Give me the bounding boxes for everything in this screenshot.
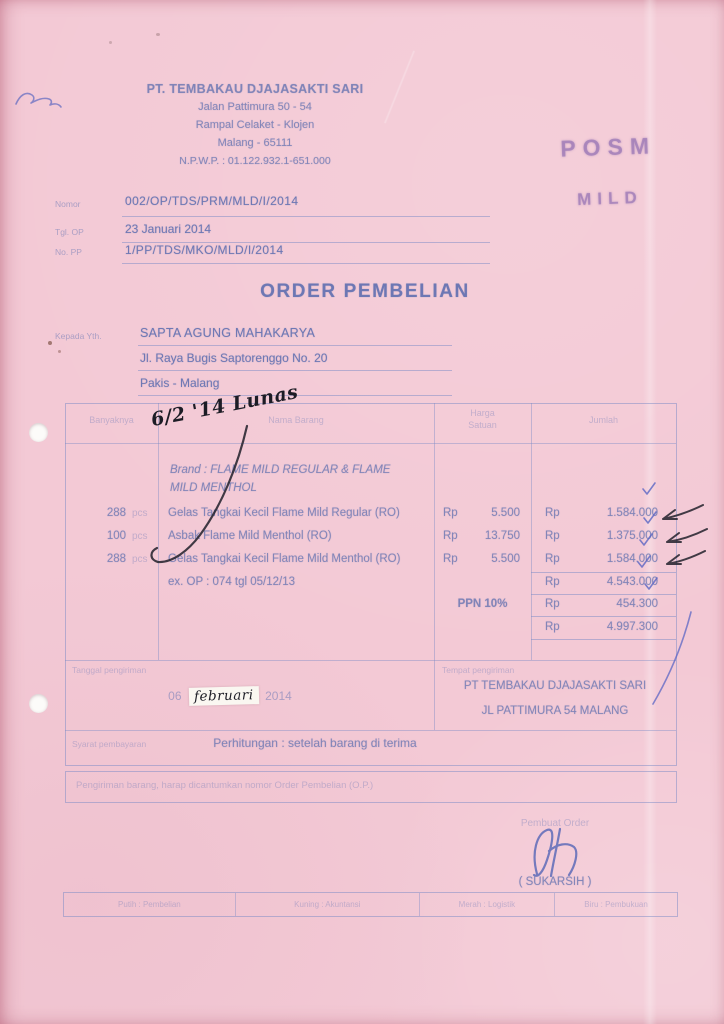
total-col-rule (531, 639, 676, 640)
row-item: Asbak Flame Mild Menthol (RO) (168, 530, 332, 542)
ex-op-note: ex. OP : 074 tgl 05/12/13 (168, 576, 295, 588)
copy-blue: Biru : Pembukuan (555, 893, 677, 916)
col-header-price-2: Satuan (434, 420, 531, 430)
recipient-street: Jl. Raya Bugis Saptorenggo No. 20 (140, 351, 327, 365)
payment-terms-value: Perhitungan : setelah barang di terima (150, 736, 480, 750)
scanned-purchase-order-page: PT. TEMBAKAU DJAJASAKTI SARI Jalan Patti… (0, 0, 724, 1024)
stain-speck (109, 41, 112, 44)
company-street: Jalan Pattimura 50 - 54 (90, 98, 420, 116)
col-header-price-1: Harga (434, 408, 531, 418)
stain-speck (156, 33, 160, 36)
delivery-place-line1: PT TEMBAKAU DJAJASAKTI SARI (434, 680, 676, 692)
recipient-name: SAPTA AGUNG MAHAKARYA (140, 326, 315, 340)
handwritten-month: februari (193, 687, 253, 705)
total-col-rule (531, 594, 676, 595)
company-letterhead: PT. TEMBAKAU DJAJASAKTI SARI Jalan Patti… (90, 80, 420, 170)
recipient-label: Kepada Yth. (55, 331, 102, 341)
ref-label: Nomor (55, 199, 81, 209)
company-npwp: N.P.W.P. : 01.122.932.1-651.000 (90, 152, 420, 170)
signature-stroke (534, 829, 576, 876)
recipient-underline (138, 370, 452, 371)
company-name: PT. TEMBAKAU DJAJASAKTI SARI (90, 80, 420, 98)
ref-value-tgl-op: 23 Januari 2014 (125, 222, 211, 236)
company-district: Rampal Celaket - Klojen (90, 116, 420, 134)
note-box: Pengiriman barang, harap dicantumkan nom… (65, 771, 677, 803)
copy-red: Merah : Logistik (420, 893, 555, 916)
delivery-place-line2: JL PATTIMURA 54 MALANG (434, 705, 676, 717)
row-unit: pcs (132, 508, 148, 519)
payment-terms-label: Syarat pembayaran (72, 739, 146, 749)
ref-underline (122, 216, 490, 217)
total-col-rule (531, 616, 676, 617)
col-header-total: Jumlah (531, 415, 676, 425)
table-terms-rule (65, 730, 676, 731)
row-total: 1.375.000 (555, 530, 658, 542)
table-col-divider-price (531, 403, 532, 660)
col-header-qty: Banyaknya (65, 415, 158, 425)
brand-note-line2: MILD MENTHOL (170, 482, 257, 494)
delivery-place-label: Tempat pengiriman (442, 665, 514, 675)
copy-yellow: Kuning : Akuntansi (236, 893, 420, 916)
row-qty: 288 (68, 553, 126, 565)
row-total: 1.584.000 (555, 507, 658, 519)
row-price: 5.500 (455, 553, 520, 565)
ppn-value: 454.300 (555, 598, 658, 610)
ref-underline (122, 263, 490, 264)
document-title: ORDER PEMBELIAN (200, 281, 530, 303)
copy-distribution-strip: Putih : Pembelian Kuning : Akuntansi Mer… (63, 892, 678, 917)
delivery-date-line: 06 februari 2014 (90, 687, 370, 705)
row-qty: 288 (68, 507, 126, 519)
row-item: Gelas Tangkai Kecil Flame Mild Menthol (… (168, 553, 400, 565)
ppn-label: PPN 10% (434, 598, 531, 610)
row-unit: pcs (132, 531, 148, 542)
row-qty: 100 (68, 530, 126, 542)
stamp-line1: POSM (543, 132, 674, 164)
ref-value-nomor: 002/OP/TDS/PRM/MLD/I/2014 (125, 194, 298, 208)
correction-patch: februari (188, 686, 258, 706)
blue-scribble-mark (16, 93, 61, 107)
stain-speck (58, 350, 61, 353)
stain-speck (48, 341, 52, 345)
delivery-date-day: 06 (168, 689, 181, 703)
grand-total-value: 4.997.300 (555, 621, 658, 633)
row-unit: pcs (132, 554, 148, 565)
row-total: 1.584.000 (555, 553, 658, 565)
ref-value-no-pp: 1/PP/TDS/MKO/MLD/I/2014 (125, 243, 284, 257)
punch-hole-top (29, 423, 48, 442)
table-section-rule (65, 660, 676, 661)
signature-title: Pembuat Order (480, 818, 630, 829)
table-col-divider-qty (158, 403, 159, 660)
ref-label: Tgl. OP (55, 227, 84, 237)
op-number-note: Pengiriman barang, harap dicantumkan nom… (76, 780, 373, 791)
table-header-rule (65, 443, 676, 444)
copy-white: Putih : Pembelian (64, 893, 236, 916)
row-item: Gelas Tangkai Kecil Flame Mild Regular (… (168, 507, 400, 519)
total-col-rule (531, 572, 676, 573)
delivery-date-year: 2014 (265, 689, 292, 703)
ref-label: No. PP (55, 247, 82, 257)
delivery-date-label: Tanggal pengiriman (72, 665, 146, 675)
signature-name: ( SUKARSIH ) (480, 876, 630, 888)
punch-hole-bottom (29, 694, 48, 713)
company-city: Malang - 65111 (90, 134, 420, 152)
posm-mild-stamp: POSM MILD (543, 132, 676, 211)
recipient-underline (138, 345, 452, 346)
recipient-city: Pakis - Malang (140, 376, 219, 390)
subtotal-value: 4.543.000 (555, 576, 658, 588)
brand-note-line1: Brand : FLAME MILD REGULAR & FLAME (170, 464, 390, 476)
row-price: 13.750 (455, 530, 520, 542)
row-price: 5.500 (455, 507, 520, 519)
